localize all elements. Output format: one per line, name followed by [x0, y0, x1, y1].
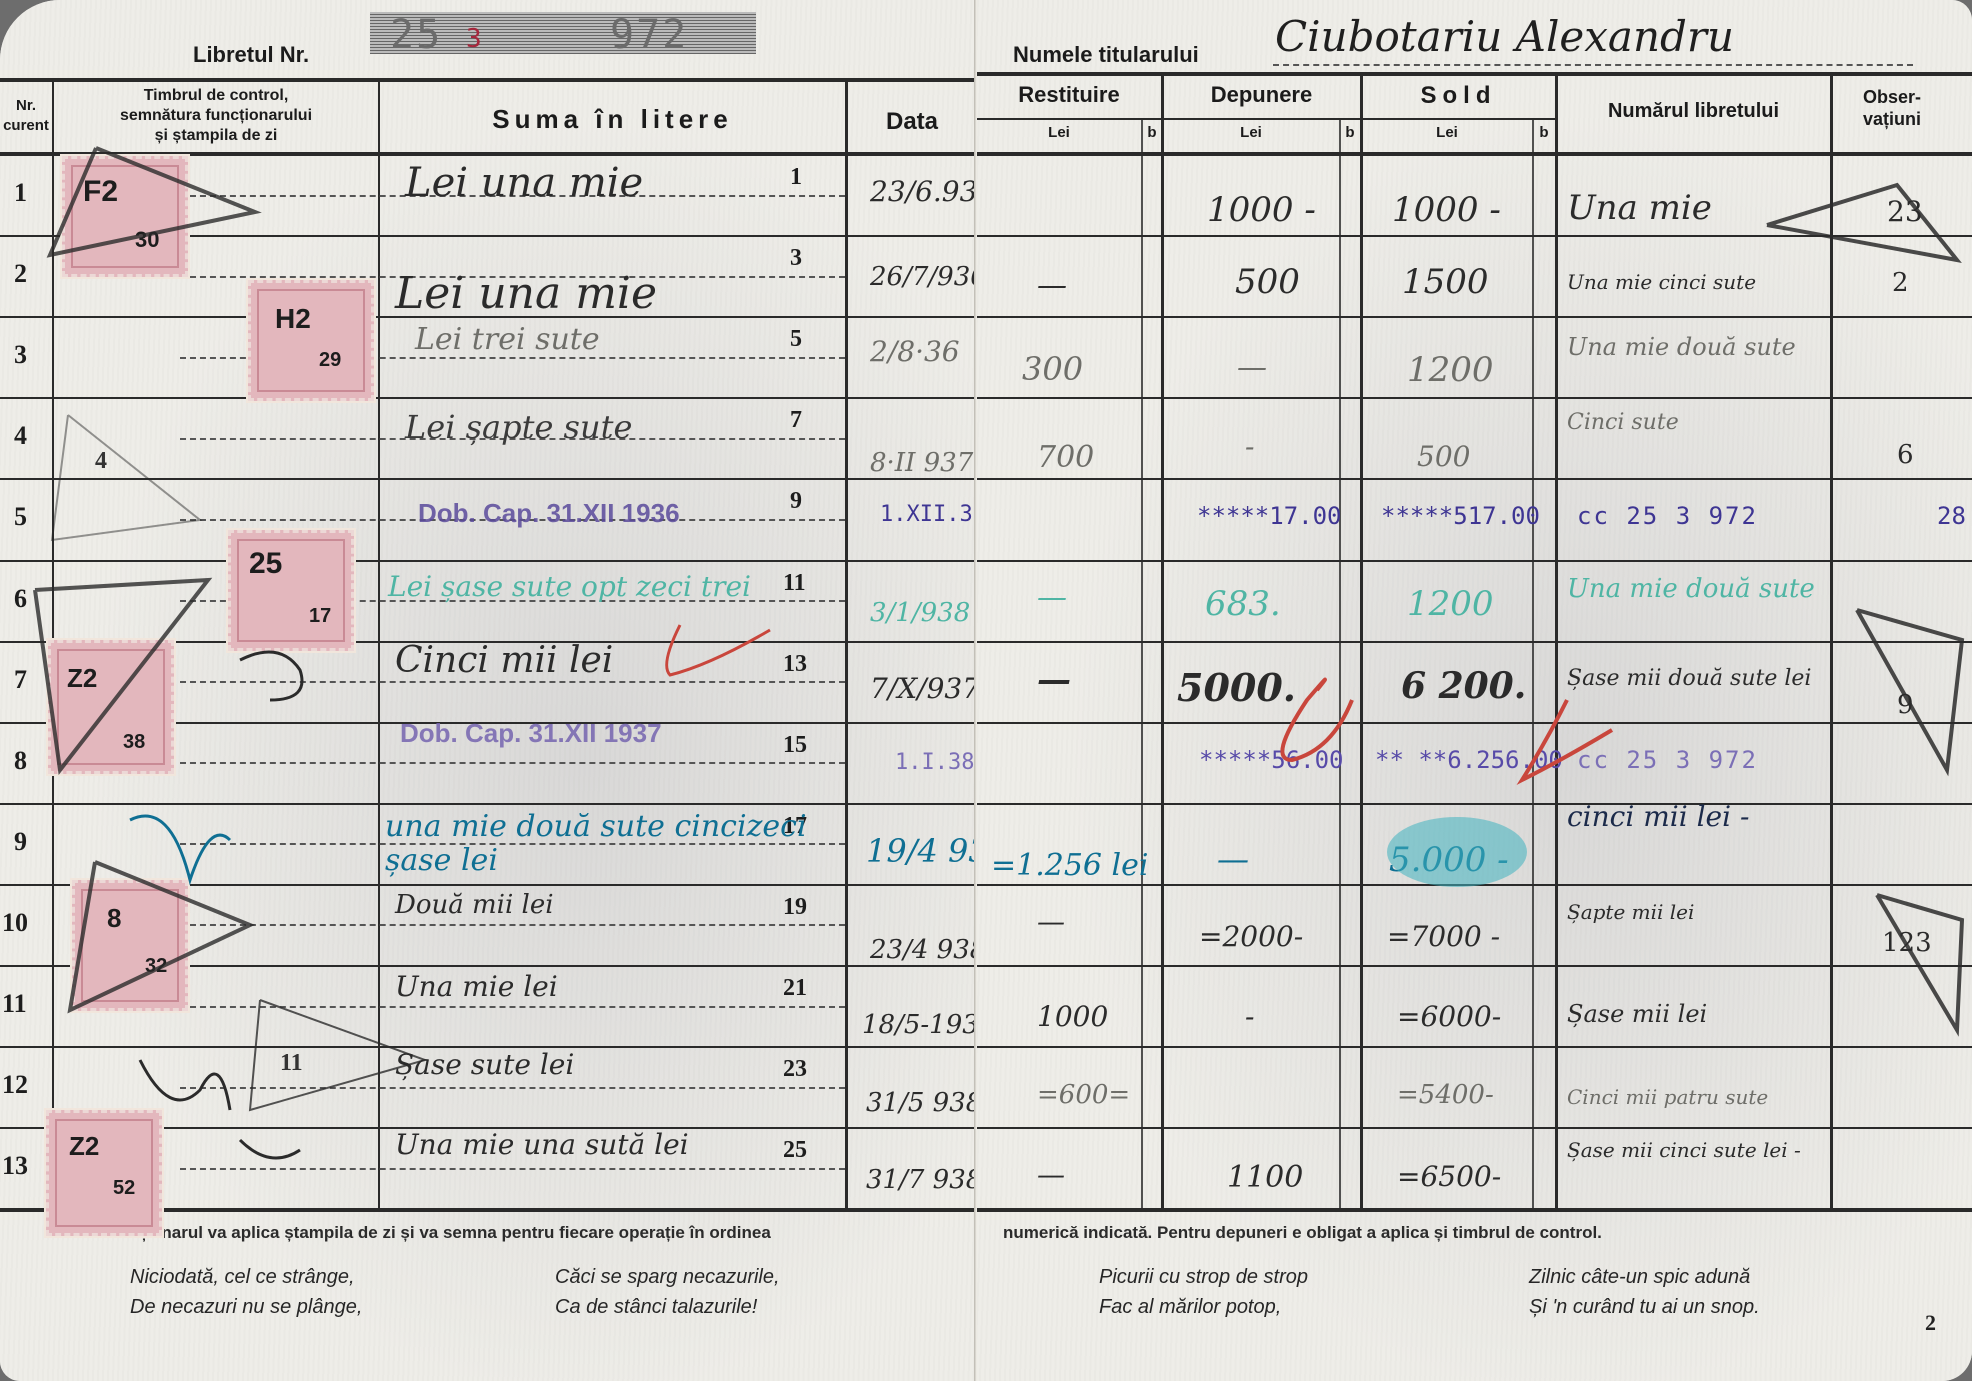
savings-booklet: Libretul Nr. 25 3 972 Nr. curent Timbrul…: [0, 0, 1972, 1381]
left-page: Libretul Nr. 25 3 972 Nr. curent Timbrul…: [0, 0, 977, 1381]
right-page: Numele titularului Ciubotariu Alexandru …: [977, 0, 1972, 1381]
cancellation-marks-right: [977, 0, 1972, 1381]
cancellation-marks: [0, 0, 977, 1381]
